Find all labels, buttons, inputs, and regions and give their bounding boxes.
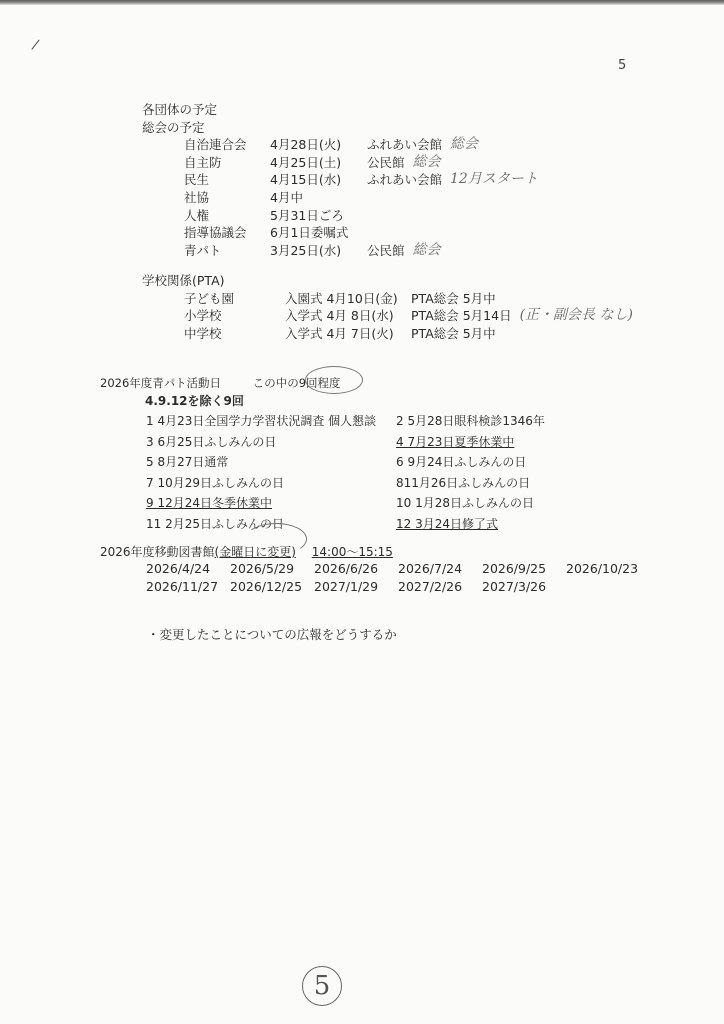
school-row: 子ども園入園式 4月10日(金)PTA総会 5月中 xyxy=(184,290,633,308)
patrol-row: 7 10月29日ふしみんの日811月26日ふしみんの日 xyxy=(146,473,545,494)
library-dates: 2026/4/242026/5/292026/6/262026/7/242026… xyxy=(146,560,724,595)
handwritten-note: 12月スタート xyxy=(450,171,538,189)
patrol-title-line: 2026年度青パト活動日 この中の9回程度 xyxy=(100,375,341,391)
meeting-date: 5月31日ごろ xyxy=(270,207,367,225)
patrol-date: 10 1月28日ふしみんの日 xyxy=(396,493,534,514)
ceremony-date: 入学式 4月 7日(火) xyxy=(285,325,411,343)
meeting-date: 4月中 xyxy=(270,189,367,207)
library-date: 2026/7/24 xyxy=(398,560,482,578)
schedule-row: 指導協議会6月1日委嘱式 xyxy=(184,224,538,242)
group-schedules-section: 各団体の予定 総会の予定 自治連合会4月28日(火)ふれあい会館総会自主防4月2… xyxy=(142,101,538,259)
school-name: 小学校 xyxy=(184,307,285,325)
library-date: 2026/11/27 xyxy=(146,578,230,596)
patrol-date: 9 12月24日冬季休業中 xyxy=(146,493,396,514)
meeting-date: 4月15日(水) xyxy=(270,171,367,189)
patrol-date: 2 5月28日眼科検診1346年 xyxy=(396,411,545,432)
section-title: 学校関係(PTA) xyxy=(142,272,633,290)
org-name: 自治連合会 xyxy=(184,136,270,154)
library-change-note: (金曜日に変更) xyxy=(215,545,296,559)
school-name: 子ども園 xyxy=(184,290,285,308)
section-subtitle: 総会の予定 xyxy=(142,119,538,137)
school-row: 中学校入学式 4月 7日(火)PTA総会 5月中 xyxy=(184,325,633,343)
handwritten-note: 総会 xyxy=(450,136,478,154)
ceremony-date: 入園式 4月10日(金) xyxy=(285,290,411,308)
pta-meeting: PTA総会 5月中 xyxy=(411,290,496,308)
handwritten-note: 総会 xyxy=(413,154,441,172)
pta-meeting: PTA総会 5月中 xyxy=(411,325,496,343)
handwritten-note: (正・副会長 なし) xyxy=(520,307,633,325)
schedule-row: 自治連合会4月28日(火)ふれあい会館総会 xyxy=(184,136,538,154)
meeting-date: 3月25日(水) xyxy=(270,242,367,260)
section-title: 各団体の予定 xyxy=(142,101,538,119)
patrol-row: 5 8月27日通常6 9月24日ふしみんの日 xyxy=(146,452,545,473)
discussion-question: ・変更したことについての広報をどうするか xyxy=(147,625,397,643)
schedule-row: 社協4月中 xyxy=(184,189,538,207)
org-name: 民生 xyxy=(184,171,270,189)
schedule-row: 自主防4月25日(土)公民館総会 xyxy=(184,154,538,172)
patrol-date: 6 9月24日ふしみんの日 xyxy=(396,452,526,473)
schedule-row: 人権5月31日ごろ xyxy=(184,207,538,225)
meeting-place: 公民館 xyxy=(367,242,405,260)
library-date: 2026/6/26 xyxy=(314,560,398,578)
patrol-dates: 1 4月23日全国学力学習状況調査 個人懇談2 5月28日眼科検診1346年3 … xyxy=(146,411,545,534)
schools-section: 学校関係(PTA) 子ども園入園式 4月10日(金)PTA総会 5月中小学校入学… xyxy=(142,272,633,342)
patrol-date: 7 10月29日ふしみんの日 xyxy=(146,473,396,494)
library-title-line: 2026年度移動図書館(金曜日に変更) 14:00〜15:15 xyxy=(100,543,393,560)
library-date: 2026/4/24 xyxy=(146,560,230,578)
meeting-date: 6月1日委嘱式 xyxy=(270,224,367,242)
meeting-date: 4月28日(火) xyxy=(270,136,367,154)
school-row: 小学校入学式 4月 8日(水)PTA総会 5月14日(正・副会長 なし) xyxy=(184,307,633,325)
page-number: 5 xyxy=(618,58,626,73)
patrol-date: 4 7月23日夏季休業中 xyxy=(396,432,514,453)
patrol-date: 811月26日ふしみんの日 xyxy=(396,473,530,494)
patrol-date: 5 8月27日通常 xyxy=(146,452,396,473)
library-date: 2027/1/29 xyxy=(314,578,398,596)
library-date: 2027/3/26 xyxy=(482,578,566,596)
schedule-row: 民生4月15日(水)ふれあい会館12月スタート xyxy=(184,171,538,189)
patrol-row: 1 4月23日全国学力学習状況調査 個人懇談2 5月28日眼科検診1346年 xyxy=(146,411,545,432)
handwritten-circle xyxy=(305,366,363,394)
library-date: 2026/9/25 xyxy=(482,560,566,578)
margin-mark: / xyxy=(30,37,40,54)
school-name: 中学校 xyxy=(184,325,285,343)
library-date: 2026/5/29 xyxy=(230,560,314,578)
org-name: 自主防 xyxy=(184,154,270,172)
library-date: 2026/12/25 xyxy=(230,578,314,596)
handwritten-note: 総会 xyxy=(413,242,441,260)
org-name: 人権 xyxy=(184,207,270,225)
library-title: 2026年度移動図書館 xyxy=(100,545,215,559)
ceremony-date: 入学式 4月 8日(水) xyxy=(285,307,411,325)
footer-page-number: 5 xyxy=(302,966,342,1006)
library-date: 2026/10/23 xyxy=(566,560,650,578)
patrol-date: 1 4月23日全国学力学習状況調査 個人懇談 xyxy=(146,411,396,432)
scan-top-edge xyxy=(0,0,724,5)
library-date: 2027/2/26 xyxy=(398,578,482,596)
meeting-place: ふれあい会館 xyxy=(367,171,442,189)
meeting-date: 4月25日(土) xyxy=(270,154,367,172)
patrol-row: 11 2月25日ふしみんの日12 3月24日修了式 xyxy=(146,514,545,535)
schedule-row: 青パト3月25日(水)公民館総会 xyxy=(184,242,538,260)
org-name: 青パト xyxy=(184,242,270,260)
patrol-date: 3 6月25日ふしみんの日 xyxy=(146,432,396,453)
patrol-title: 2026年度青パト活動日 xyxy=(100,376,221,390)
meeting-place: 公民館 xyxy=(367,154,405,172)
library-time: 14:00〜15:15 xyxy=(312,545,393,559)
org-name: 社協 xyxy=(184,189,270,207)
patrol-row: 9 12月24日冬季休業中10 1月28日ふしみんの日 xyxy=(146,493,545,514)
patrol-subnote: 4.9.12を除く9回 xyxy=(145,392,244,409)
patrol-note: この中の9回程度 xyxy=(253,376,341,390)
patrol-date: 12 3月24日修了式 xyxy=(396,514,498,535)
pta-meeting: PTA総会 5月14日 xyxy=(411,307,512,325)
patrol-row: 3 6月25日ふしみんの日4 7月23日夏季休業中 xyxy=(146,432,545,453)
meeting-place: ふれあい会館 xyxy=(367,136,442,154)
org-name: 指導協議会 xyxy=(184,224,270,242)
